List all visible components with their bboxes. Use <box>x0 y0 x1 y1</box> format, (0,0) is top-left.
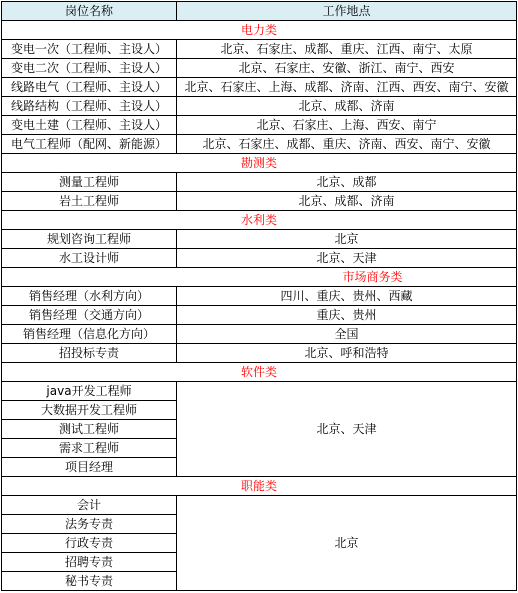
position-cell: 行政专责 <box>2 534 177 553</box>
location-cell: 重庆、贵州 <box>177 306 517 325</box>
category-power: 电力类 <box>2 21 517 40</box>
position-cell: 变电二次（工程师、主设人） <box>2 59 177 78</box>
location-cell: 北京、石家庄、成都、重庆、济南、西安、南宁、安徽 <box>177 135 517 154</box>
position-cell: 招聘专责 <box>2 553 177 572</box>
job-locations-table: 岗位名称 工作地点 电力类 变电一次（工程师、主设人） 北京、石家庄、成都、重庆… <box>1 1 517 591</box>
table-row: 线路电气（工程师、主设人） 北京、石家庄、上海、成都、济南、江西、西安、南宁、安… <box>2 78 517 97</box>
table-row: java开发工程师 北京、天津 <box>2 382 517 401</box>
table-row: 变电一次（工程师、主设人） 北京、石家庄、成都、重庆、江西、南宁、太原 <box>2 40 517 59</box>
position-cell: 变电土建（工程师、主设人） <box>2 116 177 135</box>
position-cell: 测量工程师 <box>2 173 177 192</box>
category-survey: 勘测类 <box>2 154 517 173</box>
category-software: 软件类 <box>2 363 517 382</box>
table-row: 销售经理（水利方向） 四川、重庆、贵州、西藏 <box>2 287 517 306</box>
position-cell: 销售经理（水利方向） <box>2 287 177 306</box>
table-row: 测量工程师 北京、成都 <box>2 173 517 192</box>
table-row: 销售经理（交通方向） 重庆、贵州 <box>2 306 517 325</box>
category-functional: 职能类 <box>2 477 517 496</box>
position-cell: 秘书专责 <box>2 572 177 591</box>
position-cell: 会计 <box>2 496 177 515</box>
position-cell: 大数据开发工程师 <box>2 401 177 420</box>
location-cell: 北京、石家庄、安徽、浙江、南宁、西安 <box>177 59 517 78</box>
table-row: 会计 北京 <box>2 496 517 515</box>
table-row: 线路结构（工程师、主设人） 北京、成都、济南 <box>2 97 517 116</box>
category-row: 市场商务类 <box>2 268 517 287</box>
location-cell: 北京 <box>177 230 517 249</box>
table-row: 销售经理（信息化方向） 全国 <box>2 325 517 344</box>
category-row: 水利类 <box>2 211 517 230</box>
position-cell: 销售经理（交通方向） <box>2 306 177 325</box>
location-cell: 北京、成都、济南 <box>177 192 517 211</box>
position-cell: 需求工程师 <box>2 439 177 458</box>
category-row: 职能类 <box>2 477 517 496</box>
location-cell-merged: 北京、天津 <box>177 382 517 477</box>
location-cell: 北京、成都、济南 <box>177 97 517 116</box>
location-cell: 四川、重庆、贵州、西藏 <box>177 287 517 306</box>
location-cell: 全国 <box>177 325 517 344</box>
position-cell: 法务专责 <box>2 515 177 534</box>
category-row: 电力类 <box>2 21 517 40</box>
position-cell: 线路结构（工程师、主设人） <box>2 97 177 116</box>
table-row: 变电土建（工程师、主设人） 北京、石家庄、上海、西安、南宁 <box>2 116 517 135</box>
position-cell: 水工设计师 <box>2 249 177 268</box>
position-cell: 销售经理（信息化方向） <box>2 325 177 344</box>
position-cell: 线路电气（工程师、主设人） <box>2 78 177 97</box>
location-cell: 北京、天津 <box>177 249 517 268</box>
position-cell: java开发工程师 <box>2 382 177 401</box>
table-row: 规划咨询工程师 北京 <box>2 230 517 249</box>
category-water: 水利类 <box>2 211 517 230</box>
location-cell: 北京、呼和浩特 <box>177 344 517 363</box>
table-row: 水工设计师 北京、天津 <box>2 249 517 268</box>
table-row: 岩土工程师 北京、成都、济南 <box>2 192 517 211</box>
location-cell-merged: 北京 <box>177 496 517 591</box>
position-cell: 测试工程师 <box>2 420 177 439</box>
category-market: 市场商务类 <box>2 268 517 287</box>
position-cell: 变电一次（工程师、主设人） <box>2 40 177 59</box>
position-cell: 项目经理 <box>2 458 177 477</box>
position-cell: 电气工程师（配网、新能源） <box>2 135 177 154</box>
location-cell: 北京、石家庄、成都、重庆、江西、南宁、太原 <box>177 40 517 59</box>
location-cell: 北京、石家庄、上海、西安、南宁 <box>177 116 517 135</box>
position-cell: 规划咨询工程师 <box>2 230 177 249</box>
table-row: 变电二次（工程师、主设人） 北京、石家庄、安徽、浙江、南宁、西安 <box>2 59 517 78</box>
category-row: 软件类 <box>2 363 517 382</box>
table-row: 招投标专责 北京、呼和浩特 <box>2 344 517 363</box>
category-row: 勘测类 <box>2 154 517 173</box>
header-row: 岗位名称 工作地点 <box>2 2 517 21</box>
column-header-location: 工作地点 <box>177 2 517 21</box>
location-cell: 北京、成都 <box>177 173 517 192</box>
position-cell: 岩土工程师 <box>2 192 177 211</box>
column-header-position: 岗位名称 <box>2 2 177 21</box>
table-row: 电气工程师（配网、新能源） 北京、石家庄、成都、重庆、济南、西安、南宁、安徽 <box>2 135 517 154</box>
location-cell: 北京、石家庄、上海、成都、济南、江西、西安、南宁、安徽 <box>177 78 517 97</box>
position-cell: 招投标专责 <box>2 344 177 363</box>
